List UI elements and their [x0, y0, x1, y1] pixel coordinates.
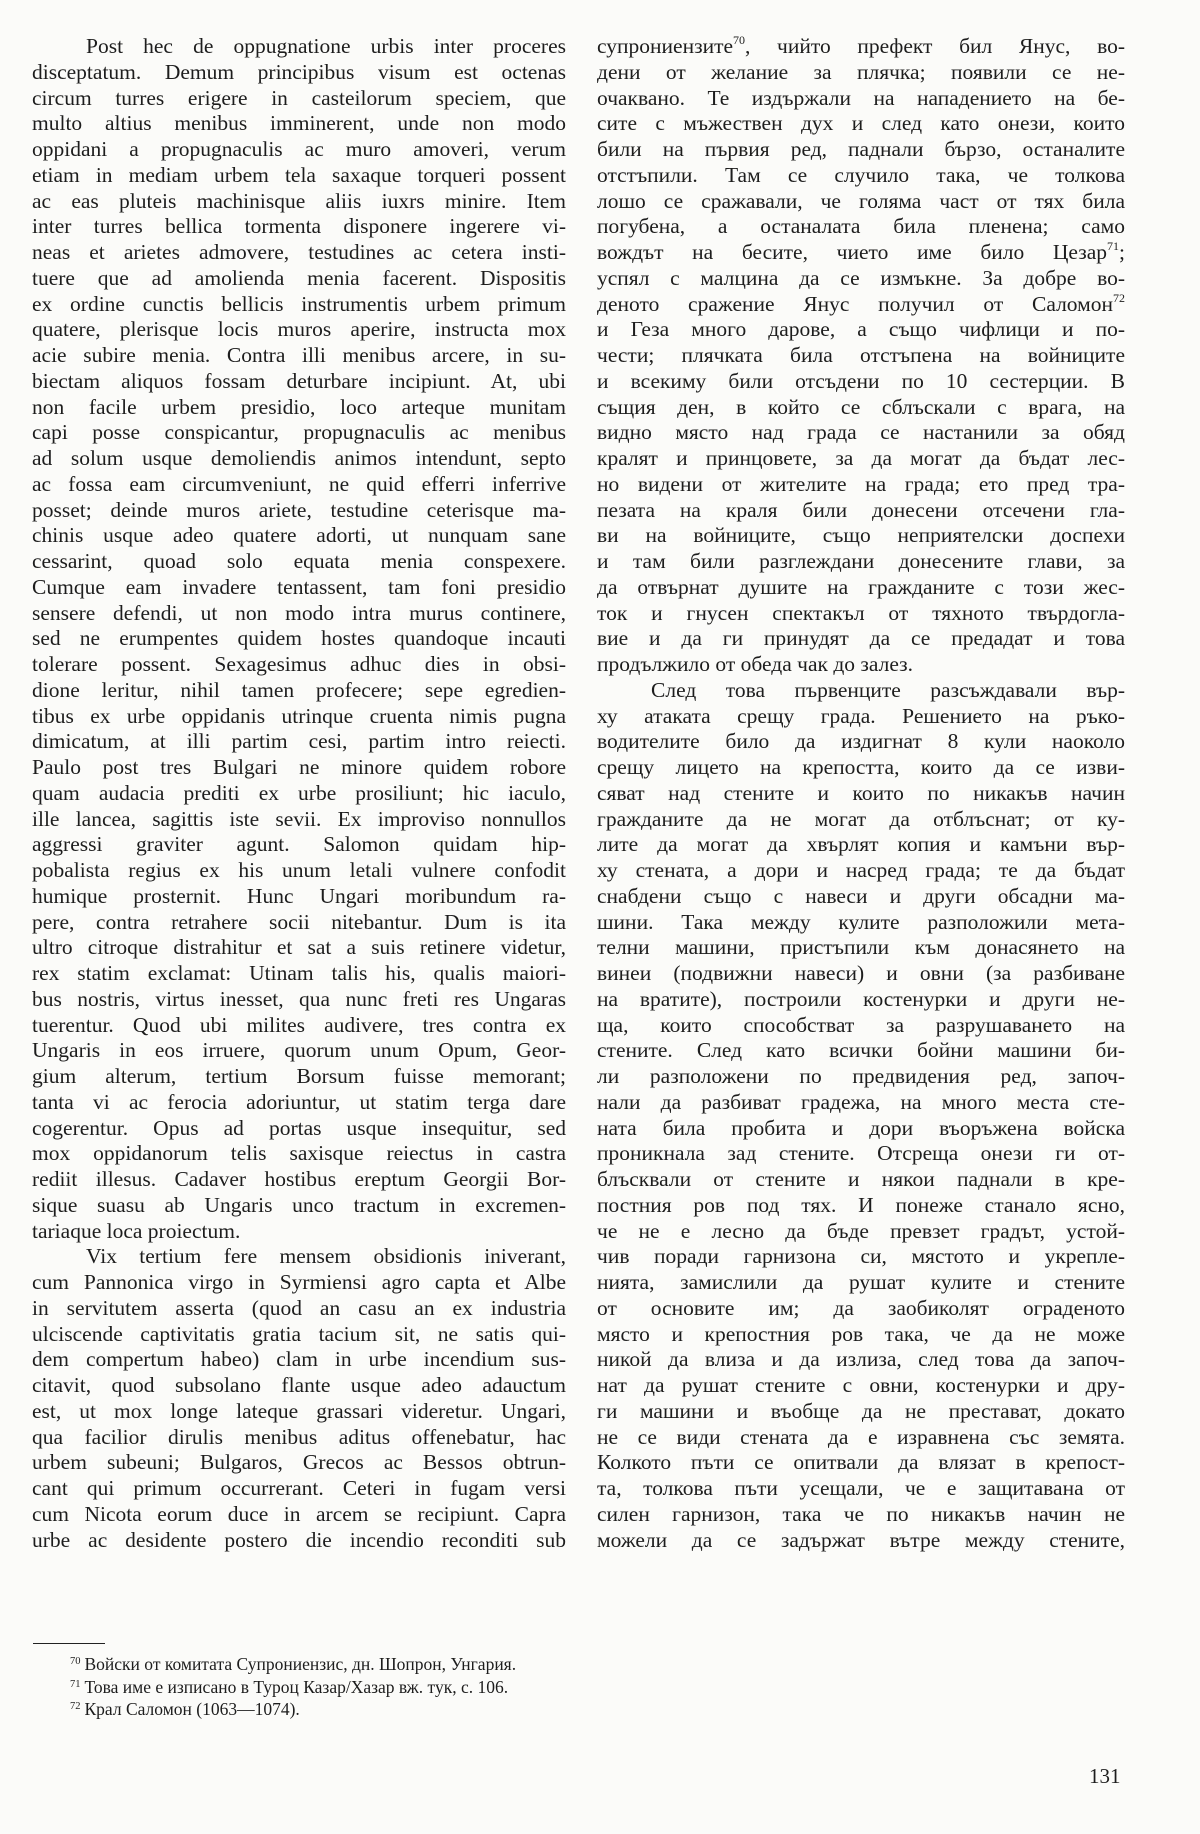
line-text: нията, замислили да рушат кулите и стени… [597, 1270, 1125, 1294]
text-line: блъсквали от стените и някои паднали в к… [597, 1167, 1125, 1193]
line-text: и там били разглеждани донесените глави,… [597, 549, 1125, 573]
line-text: tibus ex urbe oppidanis utrinque cruenta… [32, 704, 566, 728]
text-line: ex ordine cunctis bellicis instrumentis … [32, 292, 566, 318]
footnote-reference[interactable]: 71 [1107, 239, 1119, 253]
text-line: pobalista regius ex his unum letali vuln… [32, 858, 566, 884]
line-text: cessarint, quoad solo equata menia consp… [32, 549, 566, 573]
text-line: можели да се задържат вътре между стенит… [597, 1528, 1125, 1554]
text-line: шини. Така между кулите разположили мета… [597, 910, 1125, 936]
line-text: ги машини и въобще да не престават, дока… [597, 1399, 1125, 1423]
line-text: ad solum usque demoliendis animos intend… [32, 446, 566, 470]
footnote-number: 70 [70, 1656, 81, 1667]
text-line: biectam aliquos fossam deturbare incipiu… [32, 369, 566, 395]
line-text: humique prosternit. Hunc Ungari moribund… [32, 884, 566, 908]
line-text: очаквано. Те издържали на нападението на… [597, 86, 1125, 110]
footnote-separator [33, 1643, 105, 1644]
text-line: chinis usque adeo quatere adorti, ut nun… [32, 523, 566, 549]
text-line: cum Pannonica virgo in Syrmiensi agro ca… [32, 1270, 566, 1296]
text-line: dione leritur, nihil tamen profecere; se… [32, 678, 566, 704]
footnote-70: 70Войски от комитата Супрониензис, дн. Ш… [70, 1652, 516, 1675]
text-line: pere, contra retrahere socii nitebantur.… [32, 910, 566, 936]
line-text: ната била пробита и дори въоръжена войск… [597, 1116, 1125, 1140]
line-text: погубена, а останалата била пленена; сам… [597, 214, 1125, 238]
text-line: posset; deinde muros ariete, testudine c… [32, 498, 566, 524]
footnote-72: 72Крал Саломон (1063—1074). [70, 1697, 516, 1720]
line-text: лите да могат да хвърлят копия и камъни … [597, 832, 1125, 856]
line-text: bus nostris, virtus inesset, qua nunc fr… [32, 987, 566, 1011]
text-line: tuere que ad amolienda menia facerent. D… [32, 266, 566, 292]
text-line: кралят и принцовете, за да могат да бъда… [597, 446, 1125, 472]
line-text: и Геза много дарове, а също чифлици и по… [597, 317, 1125, 341]
text-line: cum Nicota eorum duce in arcem se recipi… [32, 1502, 566, 1528]
footnotes: 70Войски от комитата Супрониензис, дн. Ш… [70, 1652, 516, 1720]
text-line: cessarint, quoad solo equata menia consp… [32, 549, 566, 575]
line-text: нали да разбиват градежа, на много места… [597, 1090, 1125, 1114]
text-line: същия ден, в който се сблъскали с врага,… [597, 395, 1125, 421]
line-text: ac eas pluteis machinisque aliis iuxrs m… [32, 189, 566, 213]
text-line: in servitutem asserta (quod an casu an e… [32, 1296, 566, 1322]
line-text: силен гарнизон, така че по никакъв начин… [597, 1502, 1125, 1526]
line-text: tuerentur. Quod ubi milites audivere, tr… [32, 1013, 566, 1037]
line-text: citavit, quod subsolano flante usque ade… [32, 1373, 566, 1397]
text-line: постния ров под тях. И понеже станало яс… [597, 1193, 1125, 1219]
line-text: urbem subeuni; Bulgaros, Grecos ac Besso… [32, 1450, 566, 1474]
footnote-text: Крал Саломон (1063—1074). [85, 1699, 300, 1719]
line-text: винеи (подвижни навеси) и овни (за разби… [597, 961, 1125, 985]
text-line: sique suasu ab Ungaris unco tractum in e… [32, 1193, 566, 1219]
text-line: проникнала зад стените. Отсреща онези ги… [597, 1141, 1125, 1167]
text-line: снабдени също с навеси и други обсадни м… [597, 884, 1125, 910]
line-text: След това първенците разсъждавали вър- [651, 678, 1125, 702]
text-line: ща, които способстват за разрушаването н… [597, 1013, 1125, 1039]
line-text: ac fossa eam circumveniunt, ne quid effe… [32, 472, 566, 496]
text-line: на вратите), построили костенурки и друг… [597, 987, 1125, 1013]
text-line: bus nostris, virtus inesset, qua nunc fr… [32, 987, 566, 1013]
text-line: capi posse conspicantur, propugnaculis a… [32, 420, 566, 446]
line-text: от основите им; да заобиколят оградeното [597, 1296, 1125, 1320]
text-line: Колкото пъти се опитвали да влязат в кре… [597, 1450, 1125, 1476]
line-text: neas et arietes admovere, testudines ac … [32, 240, 566, 264]
text-line: супрониензите70, чийто префект бил Янус,… [597, 34, 1125, 60]
text-line: лошо се сражавали, че голяма част от тях… [597, 189, 1125, 215]
text-line: etiam in mediam urbem tela saxaque torqu… [32, 163, 566, 189]
line-text-continuation: ; [1119, 240, 1125, 264]
text-line: вие и да ги принудят да се предадат и то… [597, 626, 1125, 652]
line-text: Post hec de oppugnatione urbis inter pro… [86, 34, 566, 58]
text-line: Vix tertium fere mensem obsidionis inive… [32, 1244, 566, 1270]
text-line: лите да могат да хвърлят копия и камъни … [597, 832, 1125, 858]
line-text: та, толкова пъти усещали, че е защитаван… [597, 1476, 1125, 1500]
footnote-number: 72 [70, 1701, 81, 1712]
line-text: etiam in mediam urbem tela saxaque torqu… [32, 163, 566, 187]
text-line: успял с малцина да се измъкне. За добре … [597, 266, 1125, 292]
line-text: tuere que ad amolienda menia facerent. D… [32, 266, 566, 290]
book-page: Post hec de oppugnatione urbis inter pro… [0, 0, 1200, 1834]
line-text: biectam aliquos fossam deturbare incipiu… [32, 369, 566, 393]
text-line: но видени от жителите на града; ето пред… [597, 472, 1125, 498]
text-line: видно място над града се настанили за об… [597, 420, 1125, 446]
line-text: capi posse conspicantur, propugnaculis a… [32, 420, 566, 444]
line-text: Cumque eam invadere tentassent, tam foni… [32, 575, 566, 599]
line-text: ex ordine cunctis bellicis instrumentis … [32, 292, 566, 316]
text-line: телни машини, пристъпили към донасянето … [597, 935, 1125, 961]
text-line: gium alterum, tertium Borsum fuisse memo… [32, 1064, 566, 1090]
text-line: urbem subeuni; Bulgaros, Grecos ac Besso… [32, 1450, 566, 1476]
text-line: oppidani a propugnaculis ac muro amoveri… [32, 137, 566, 163]
line-text: пезата на краля били донесени отсечени г… [597, 498, 1125, 522]
text-line: tariaque loca proiectum. [32, 1219, 566, 1245]
line-text: ille lancea, sagittis iste sevii. Ex imp… [32, 807, 566, 831]
text-line: винеи (подвижни навеси) и овни (за разби… [597, 961, 1125, 987]
line-text: снабдени също с навеси и други обсадни м… [597, 884, 1125, 908]
text-line: sed ne erumpentes quidem hostes quandoqu… [32, 626, 566, 652]
line-text: водителите било да издигнат 8 кули наоко… [597, 729, 1125, 753]
text-line: от основите им; да заобиколят оградeното [597, 1296, 1125, 1322]
line-text: били на първия ред, паднали бързо, остан… [597, 137, 1125, 161]
text-line: rex statim exclamat: Utinam talis his, q… [32, 961, 566, 987]
line-text: dione leritur, nihil tamen profecere; se… [32, 678, 566, 702]
line-text: cum Pannonica virgo in Syrmiensi agro ca… [32, 1270, 566, 1294]
text-line: ху стената, а дори и насред града; те да… [597, 858, 1125, 884]
text-line: място и крепостния ров така, че да не мо… [597, 1322, 1125, 1348]
text-line: сяват над стените и които по никакъв нач… [597, 781, 1125, 807]
line-text: cogerentur. Opus ad portas usque insequi… [32, 1116, 566, 1140]
line-text: място и крепостния ров така, че да не мо… [597, 1322, 1125, 1346]
text-line: mox oppidanorum telis saxisque reiectus … [32, 1141, 566, 1167]
line-text: Ungaris in eos irruere, quorum unum Opum… [32, 1038, 566, 1062]
line-text: супрониензите [597, 34, 733, 58]
text-line: сите с мъжествен дух и след като онези, … [597, 111, 1125, 137]
line-text: sed ne erumpentes quidem hostes quandoqu… [32, 626, 566, 650]
text-line: ги машини и въобще да не престават, дока… [597, 1399, 1125, 1425]
line-text: срещу лицето на крепостта, които да се и… [597, 755, 1125, 779]
text-line: да отвърнат душите на гражданите с този … [597, 575, 1125, 601]
line-text: и всекиму били отсъдени по 10 сестерции.… [597, 369, 1125, 393]
text-line: отстъпили. Там се случило така, че толко… [597, 163, 1125, 189]
text-line: tanta vi ac ferocia adoriuntur, ut stati… [32, 1090, 566, 1116]
text-line: нията, замислили да рушат кулите и стени… [597, 1270, 1125, 1296]
line-text: disceptatum. Demum principibus visum est… [32, 60, 566, 84]
line-text: сяват над стените и които по никакъв нач… [597, 781, 1125, 805]
line-text: in servitutem asserta (quod an casu an e… [32, 1296, 566, 1320]
line-text: деното сражение Янус получил от Саломон [597, 292, 1113, 316]
page-number: 131 [1089, 1764, 1121, 1789]
line-text: видно място над града се настанили за об… [597, 420, 1125, 444]
bulgarian-translation-column: супрониензите70, чийто префект бил Янус,… [597, 34, 1125, 1553]
text-line: пезата на краля били донесени отсечени г… [597, 498, 1125, 524]
line-text: dem compertum habeo) clam in urbe incend… [32, 1347, 566, 1371]
line-text: tariaque loca proiectum. [32, 1219, 240, 1243]
line-text: телни машини, пристъпили към донасянето … [597, 935, 1125, 959]
line-text: ultro citroque distrahitur et sat a suis… [32, 935, 566, 959]
text-line: След това първенците разсъждавали вър- [597, 678, 1125, 704]
line-text: шини. Така между кулите разположили мета… [597, 910, 1125, 934]
text-line: citavit, quod subsolano flante usque ade… [32, 1373, 566, 1399]
text-line: dimicatum, at illi partim cesi, partim i… [32, 729, 566, 755]
text-line: ли разположени по предвидения ред, започ… [597, 1064, 1125, 1090]
text-line: ac eas pluteis machinisque aliis iuxrs m… [32, 189, 566, 215]
line-text: сите с мъжествен дух и след като онези, … [597, 111, 1125, 135]
line-text: същия ден, в който се сблъскали с врага,… [597, 395, 1125, 419]
line-text: mox oppidanorum telis saxisque reiectus … [32, 1141, 566, 1165]
line-text: quam audacia prediti ex urbe prosiliunt;… [32, 781, 566, 805]
text-line: та, толкова пъти усещали, че е защитаван… [597, 1476, 1125, 1502]
line-text: гражданите да не могат да отблъснат; от … [597, 807, 1125, 831]
line-text: Paulo post tres Bulgari ne minore quidem… [32, 755, 566, 779]
line-text: est, ut mox longe lateque grassari vider… [32, 1399, 566, 1423]
text-line: Cumque eam invadere tentassent, tam foni… [32, 575, 566, 601]
line-text: urbe ac desidente postero die incendio r… [32, 1528, 566, 1552]
text-line: гражданите да не могат да отблъснат; от … [597, 807, 1125, 833]
text-line: стените. След като всички бойни машини б… [597, 1038, 1125, 1064]
text-line: продължило от обеда чак до залез. [597, 652, 1125, 678]
text-line: ната била пробита и дори въоръжена войск… [597, 1116, 1125, 1142]
text-line: cogerentur. Opus ad portas usque insequi… [32, 1116, 566, 1142]
text-line: aggressi graviter agunt. Salomon quidam … [32, 832, 566, 858]
text-line: погубена, а останалата била пленена; сам… [597, 214, 1125, 240]
line-text: multo altius menibus imminerent, unde no… [32, 111, 566, 135]
line-text: ща, които способстват за разрушаването н… [597, 1013, 1125, 1037]
footnote-reference[interactable]: 70 [733, 33, 745, 47]
text-line: ille lancea, sagittis iste sevii. Ex imp… [32, 807, 566, 833]
line-text: aggressi graviter agunt. Salomon quidam … [32, 832, 566, 856]
line-text: pere, contra retrahere socii nitebantur.… [32, 910, 566, 934]
text-line: quatere, plerisque locis muros aperire, … [32, 317, 566, 343]
text-line: humique prosternit. Hunc Ungari moribund… [32, 884, 566, 910]
text-line: ac fossa eam circumveniunt, ne quid effe… [32, 472, 566, 498]
line-text: чести; плячката била отстъпена на войниц… [597, 343, 1125, 367]
text-line: чести; плячката била отстъпена на войниц… [597, 343, 1125, 369]
line-text: лошо се сражавали, че голяма част от тях… [597, 189, 1125, 213]
text-line: и всекиму били отсъдени по 10 сестерции.… [597, 369, 1125, 395]
line-text: Колкото пъти се опитвали да влязат в кре… [597, 1450, 1125, 1474]
line-text: проникнала зад стените. Отсреща онези ги… [597, 1141, 1125, 1165]
line-text: нат да рушат стените с овни, костенурки … [597, 1373, 1125, 1397]
footnote-reference[interactable]: 72 [1113, 291, 1125, 305]
line-text: inter turres bellica tormenta disponere … [32, 214, 566, 238]
line-text: ху стената, а дори и насред града; те да… [597, 858, 1125, 882]
text-line: чив поради гарнизона си, мястото и укреп… [597, 1244, 1125, 1270]
line-text: отстъпили. Там се случило така, че толко… [597, 163, 1125, 187]
text-line: и Геза много дарове, а също чифлици и по… [597, 317, 1125, 343]
line-text: qua facilior dirulis menibus aditus offe… [32, 1425, 566, 1449]
line-text: да отвърнат душите на гражданите с този … [597, 575, 1125, 599]
text-line: est, ut mox longe lateque grassari vider… [32, 1399, 566, 1425]
line-text: tanta vi ac ferocia adoriuntur, ut stati… [32, 1090, 566, 1114]
text-line: qua facilior dirulis menibus aditus offe… [32, 1425, 566, 1451]
text-line: inter turres bellica tormenta disponere … [32, 214, 566, 240]
text-line: ху атаката срещу града. Решението на рък… [597, 704, 1125, 730]
text-line: ток и гнусен спектакъл от тяхното твърдо… [597, 601, 1125, 627]
text-line: никой да влиза и да излиза, след това да… [597, 1347, 1125, 1373]
text-line: non facile urbem presidio, loco arteque … [32, 395, 566, 421]
line-text: sique suasu ab Ungaris unco tractum in e… [32, 1193, 566, 1217]
line-text: постния ров под тях. И понеже станало яс… [597, 1193, 1125, 1217]
text-line: cant qui primum occurrerant. Ceteri in f… [32, 1476, 566, 1502]
line-text: quatere, plerisque locis muros aperire, … [32, 317, 566, 341]
line-text: дени от желание за плячка; появили се не… [597, 60, 1125, 84]
footnote-71: 71Това име е изписано в Туроц Казар/Хаза… [70, 1675, 516, 1698]
line-text: tolerare possent. Sexagesimus adhuc dies… [32, 652, 566, 676]
text-line: quam audacia prediti ex urbe prosiliunt;… [32, 781, 566, 807]
text-line: tibus ex urbe oppidanis utrinque cruenta… [32, 704, 566, 730]
text-line: че не е лесно да бъде превзет градът, ус… [597, 1219, 1125, 1245]
line-text: rediit illesus. Cadaver hostibus ereptum… [32, 1167, 566, 1191]
footnote-number: 71 [70, 1679, 81, 1690]
text-line: не се види стената да е изравнена със зе… [597, 1425, 1125, 1451]
line-text: posset; deinde muros ariete, testudine c… [32, 498, 566, 522]
footnote-text: Войски от комитата Супрониензис, дн. Шоп… [85, 1654, 517, 1674]
line-text: кралят и принцовете, за да могат да бъда… [597, 446, 1125, 470]
line-text: non facile urbem presidio, loco arteque … [32, 395, 566, 419]
text-line: circum turres erigere in casteilorum spe… [32, 86, 566, 112]
line-text: ток и гнусен спектакъл от тяхното твърдо… [597, 601, 1125, 625]
text-line: tolerare possent. Sexagesimus adhuc dies… [32, 652, 566, 678]
text-line: acie subire menia. Contra illi menibus a… [32, 343, 566, 369]
text-line: rediit illesus. Cadaver hostibus ereptum… [32, 1167, 566, 1193]
text-line: urbe ac desidente postero die incendio r… [32, 1528, 566, 1554]
footnote-text: Това име е изписано в Туроц Казар/Хазар … [85, 1677, 509, 1697]
text-line: Ungaris in eos irruere, quorum unum Opum… [32, 1038, 566, 1064]
line-text: блъсквали от стените и някои паднали в к… [597, 1167, 1125, 1191]
line-text: ulciscende captivitatis gratia tacium si… [32, 1322, 566, 1346]
text-line: срещу лицето на крепостта, които да се и… [597, 755, 1125, 781]
text-line: ви на войниците, също неприятелски доспе… [597, 523, 1125, 549]
text-line: ad solum usque demoliendis animos intend… [32, 446, 566, 472]
line-text: ли разположени по предвидения ред, започ… [597, 1064, 1125, 1088]
line-text: cum Nicota eorum duce in arcem se recipi… [32, 1502, 566, 1526]
text-line: ulciscende captivitatis gratia tacium si… [32, 1322, 566, 1348]
line-text: на вратите), построили костенурки и друг… [597, 987, 1125, 1011]
text-line: Paulo post tres Bulgari ne minore quidem… [32, 755, 566, 781]
line-text: sensere defendi, ut non modo intra murus… [32, 601, 566, 625]
line-text: но видени от жителите на града; ето пред… [597, 472, 1125, 496]
text-line: били на първия ред, паднали бързо, остан… [597, 137, 1125, 163]
text-line: нали да разбиват градежа, на много места… [597, 1090, 1125, 1116]
line-text: че не е лесно да бъде превзет градът, ус… [597, 1219, 1125, 1243]
line-text: можели да се задържат вътре между стенит… [597, 1528, 1125, 1552]
line-text: circum turres erigere in casteilorum spe… [32, 86, 566, 110]
text-line: силен гарнизон, така че по никакъв начин… [597, 1502, 1125, 1528]
text-line: dem compertum habeo) clam in urbe incend… [32, 1347, 566, 1373]
text-line: дени от желание за плячка; появили се не… [597, 60, 1125, 86]
line-text: Vix tertium fere mensem obsidionis inive… [86, 1244, 566, 1268]
line-text: вождът на бесите, чието име било Цезар [597, 240, 1107, 264]
text-line: вождът на бесите, чието име било Цезар71… [597, 240, 1125, 266]
latin-text-column: Post hec de oppugnatione urbis inter pro… [32, 34, 566, 1553]
text-line: sensere defendi, ut non modo intra murus… [32, 601, 566, 627]
line-text: стените. След като всички бойни машини б… [597, 1038, 1125, 1062]
line-text: dimicatum, at illi partim cesi, partim i… [32, 729, 566, 753]
line-text: продължило от обеда чак до залез. [597, 652, 913, 676]
line-text: ху атаката срещу града. Решението на рък… [597, 704, 1125, 728]
line-text: никой да влиза и да излиза, след това да… [597, 1347, 1125, 1371]
text-line: tuerentur. Quod ubi milites audivere, tr… [32, 1013, 566, 1039]
text-line: очаквано. Те издържали на нападението на… [597, 86, 1125, 112]
text-line: и там били разглеждани донесените глави,… [597, 549, 1125, 575]
text-line: neas et arietes admovere, testudines ac … [32, 240, 566, 266]
line-text: chinis usque adeo quatere adorti, ut nun… [32, 523, 566, 547]
text-line: Post hec de oppugnatione urbis inter pro… [32, 34, 566, 60]
text-line: ultro citroque distrahitur et sat a suis… [32, 935, 566, 961]
text-line: нат да рушат стените с овни, костенурки … [597, 1373, 1125, 1399]
line-text: rex statim exclamat: Utinam talis his, q… [32, 961, 566, 985]
line-text: чив поради гарнизона си, мястото и укреп… [597, 1244, 1125, 1268]
text-line: multo altius menibus imminerent, unde no… [32, 111, 566, 137]
line-text: не се види стената да е изравнена със зе… [597, 1425, 1125, 1449]
line-text: gium alterum, tertium Borsum fuisse memo… [32, 1064, 566, 1088]
text-line: деното сражение Янус получил от Саломон7… [597, 292, 1125, 318]
line-text-continuation: , чийто префект бил Янус, во- [745, 34, 1125, 58]
line-text: ви на войниците, също неприятелски доспе… [597, 523, 1125, 547]
text-line: disceptatum. Demum principibus visum est… [32, 60, 566, 86]
line-text: pobalista regius ex his unum letali vuln… [32, 858, 566, 882]
line-text: успял с малцина да се измъкне. За добре … [597, 266, 1125, 290]
line-text: oppidani a propugnaculis ac muro amoveri… [32, 137, 566, 161]
line-text: вие и да ги принудят да се предадат и то… [597, 626, 1125, 650]
line-text: cant qui primum occurrerant. Ceteri in f… [32, 1476, 566, 1500]
line-text: acie subire menia. Contra illi menibus a… [32, 343, 566, 367]
text-line: водителите било да издигнат 8 кули наоко… [597, 729, 1125, 755]
